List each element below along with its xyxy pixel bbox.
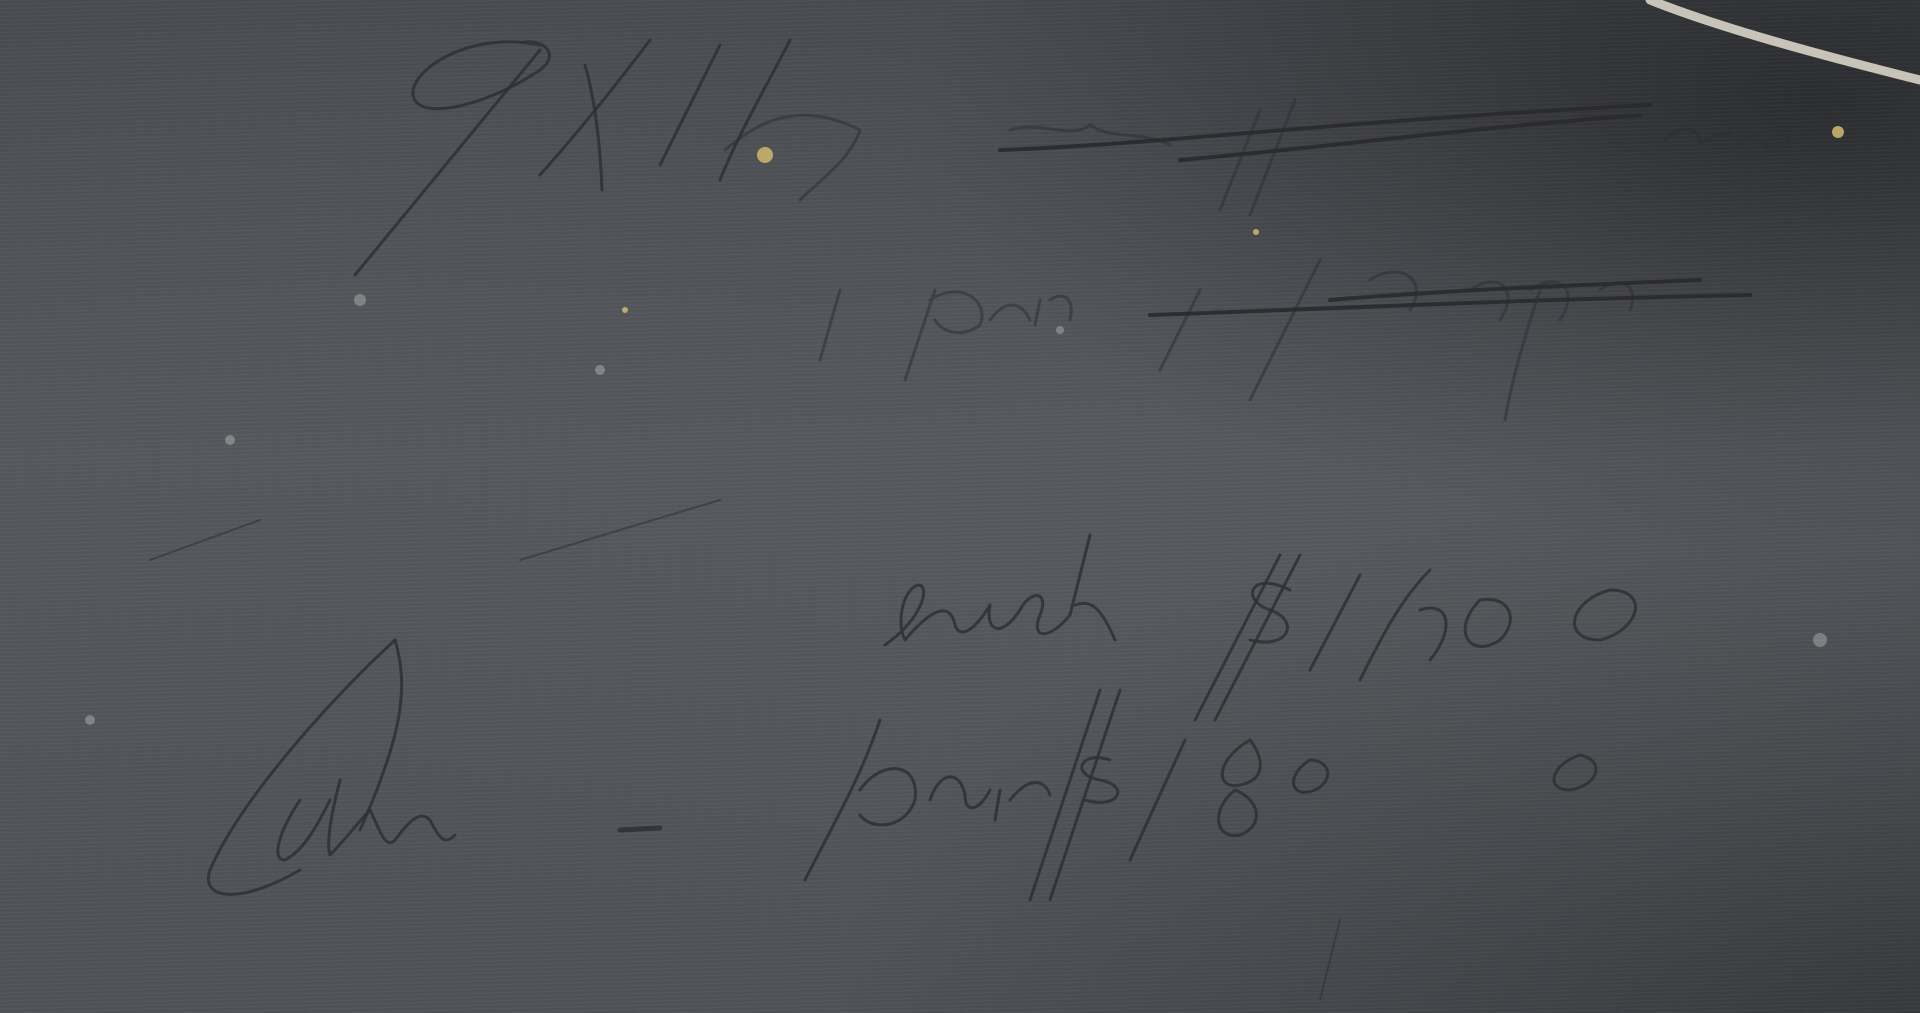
- gold-fleck: [1832, 126, 1844, 138]
- string: [1650, 0, 1920, 80]
- slate-photo: 9 X 11 $___ one 1 pair $___ each $12.00 …: [0, 0, 1920, 1013]
- gold-fleck: [757, 147, 773, 163]
- handwriting-strokes: [0, 0, 1920, 1013]
